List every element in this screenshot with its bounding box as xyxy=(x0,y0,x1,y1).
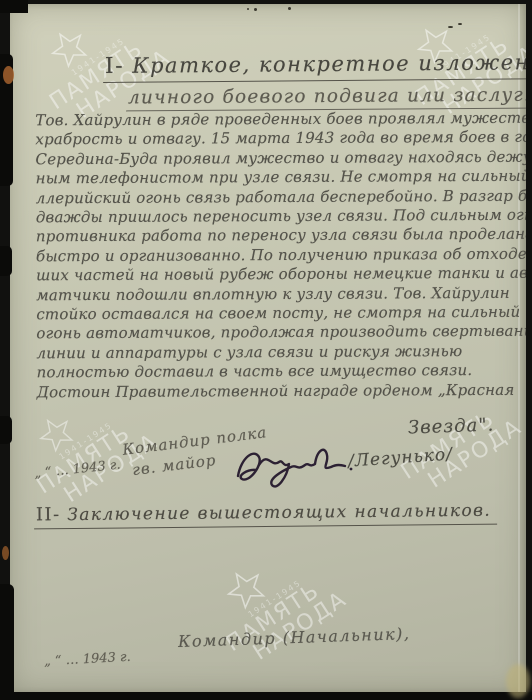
manuscript-line: огонь автоматчиков, продолжая производит… xyxy=(36,322,522,344)
manuscript-line: ным телефонистом при узле связи. Не смот… xyxy=(36,167,522,189)
manuscript-line: дважды пришлось переносить узел связи. П… xyxy=(36,206,522,228)
footer-date: „ “ … 1943 г. xyxy=(44,650,131,670)
section1-numeral: I- xyxy=(105,54,124,79)
ink-speck xyxy=(448,26,453,28)
section2-numeral: II- xyxy=(36,504,61,525)
commander-name: /Легунько/ xyxy=(347,444,453,471)
manuscript-line: храбрость и отвагу. 15 марта 1943 года в… xyxy=(35,128,521,150)
scan-edge-shadow xyxy=(0,416,12,444)
manuscript-line: линии и аппаратуры с узла связи и рискуя… xyxy=(36,342,522,364)
rust-stain xyxy=(3,66,14,84)
scan-edge-shadow xyxy=(0,584,14,700)
manuscript-line: противника работа по переносу узла связи… xyxy=(36,225,522,247)
scanned-document-page: 1941-1945 ПАМЯТЬ НАРОДА 1941-1945 ПАМЯТЬ… xyxy=(0,0,532,700)
ink-speck xyxy=(288,7,291,10)
manuscript-line: стойко оставался на своем посту, не смот… xyxy=(36,303,522,325)
scan-edge-shadow xyxy=(0,246,12,276)
scan-edge-shadow xyxy=(0,0,28,13)
commander-signature-ink xyxy=(232,434,354,496)
rust-stain xyxy=(2,546,9,560)
yellow-stain xyxy=(506,664,530,698)
section2-title: Заключение вышестоящих начальников. xyxy=(67,501,491,525)
manuscript-line-zvezda: Звезда". xyxy=(407,415,494,439)
star-icon xyxy=(43,22,94,73)
document-paper: 1941-1945 ПАМЯТЬ НАРОДА 1941-1945 ПАМЯТЬ… xyxy=(10,4,526,693)
manuscript-line: ших частей на новый рубеж обороны немецк… xyxy=(36,264,522,286)
section1-title: Краткое, конкретное изложение xyxy=(132,50,526,78)
manuscript-line: быстро и организованно. По получению при… xyxy=(36,245,522,267)
ink-speck xyxy=(247,8,249,10)
manuscript-line: Середина-Буда проявил мужество и отвагу … xyxy=(35,148,521,170)
manuscript-line: Тов. Хайрулин в ряде проведенных боев пр… xyxy=(35,109,521,131)
section1-heading-line2: личного боевого подвига или заслуг. xyxy=(126,85,526,112)
watermark-bottom-center: 1941-1945 ПАМЯТЬ НАРОДА xyxy=(197,530,352,676)
signature-date: „ “ … 1943 г. xyxy=(33,458,121,482)
section2-heading: II- Заключение вышестоящих начальников. xyxy=(34,500,497,530)
manuscript-line: ллерийский огонь связь работала беспереб… xyxy=(36,186,522,208)
ink-speck xyxy=(254,8,257,11)
footer-commander-line: Командир (Начальник), xyxy=(178,624,411,651)
ink-speck xyxy=(458,23,462,25)
manuscript-line: матчики подошли вплотную к узлу связи. Т… xyxy=(36,283,522,305)
star-icon xyxy=(219,561,273,615)
manuscript-line: Достоин Правительственной награде ордено… xyxy=(37,380,523,402)
watermark-text: ПАМЯТЬ xyxy=(398,398,515,485)
citation-body: Тов. Хайрулин в ряде проведенных боев пр… xyxy=(35,109,523,403)
section1-heading-line1: I- Краткое, конкретное изложение xyxy=(103,50,526,83)
watermark-years: 1941-1945 xyxy=(247,562,328,619)
star-icon xyxy=(32,409,81,457)
scan-edge-shadow xyxy=(0,692,532,700)
manuscript-line: полностью доставил в часть все имущество… xyxy=(37,361,523,383)
